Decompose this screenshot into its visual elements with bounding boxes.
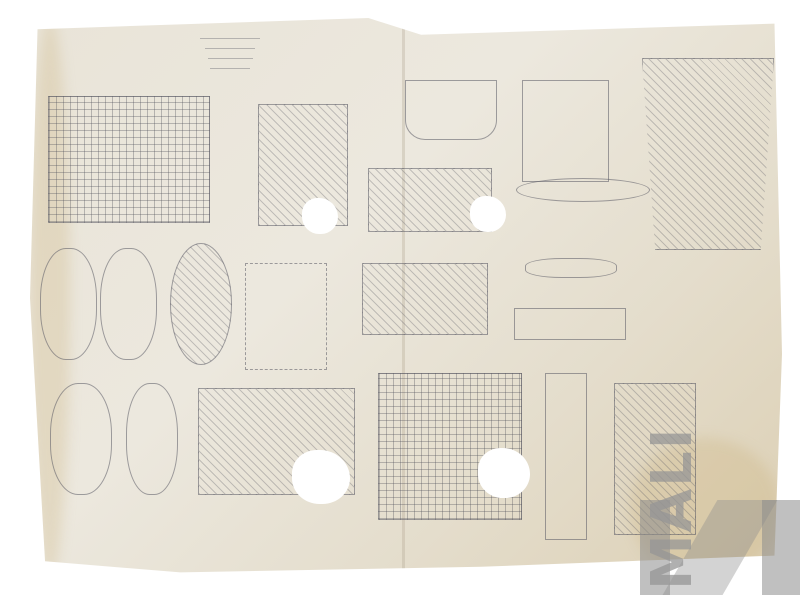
sketch-sandal bbox=[126, 383, 178, 495]
watermark-bar bbox=[762, 500, 800, 595]
sketch-kero-vessel bbox=[642, 58, 774, 250]
sketch-box bbox=[362, 263, 488, 335]
sketch-bench bbox=[514, 308, 626, 340]
sketch-oval-dish bbox=[170, 243, 232, 365]
sketch-bird-staff bbox=[545, 373, 587, 540]
watermark-logo: MALI bbox=[640, 426, 705, 590]
sketch-sandal bbox=[50, 383, 112, 495]
sketch-sandal bbox=[100, 248, 157, 360]
sketch-figure-panel bbox=[522, 80, 609, 182]
handwritten-note bbox=[208, 58, 253, 59]
paper-hole bbox=[478, 448, 530, 498]
paper-hole bbox=[292, 450, 350, 504]
handwritten-note bbox=[205, 48, 255, 49]
sketch-tray bbox=[525, 258, 617, 278]
sketch-bowl bbox=[405, 80, 497, 140]
sketch-sandal bbox=[40, 248, 97, 360]
paper-hole bbox=[302, 198, 338, 234]
handwritten-note bbox=[200, 38, 260, 39]
sketch-textile-panel bbox=[48, 96, 210, 223]
paper-hole bbox=[470, 196, 506, 232]
handwritten-note bbox=[210, 68, 250, 69]
sketch-stool-top bbox=[516, 178, 650, 202]
sketch-figures bbox=[245, 263, 327, 370]
